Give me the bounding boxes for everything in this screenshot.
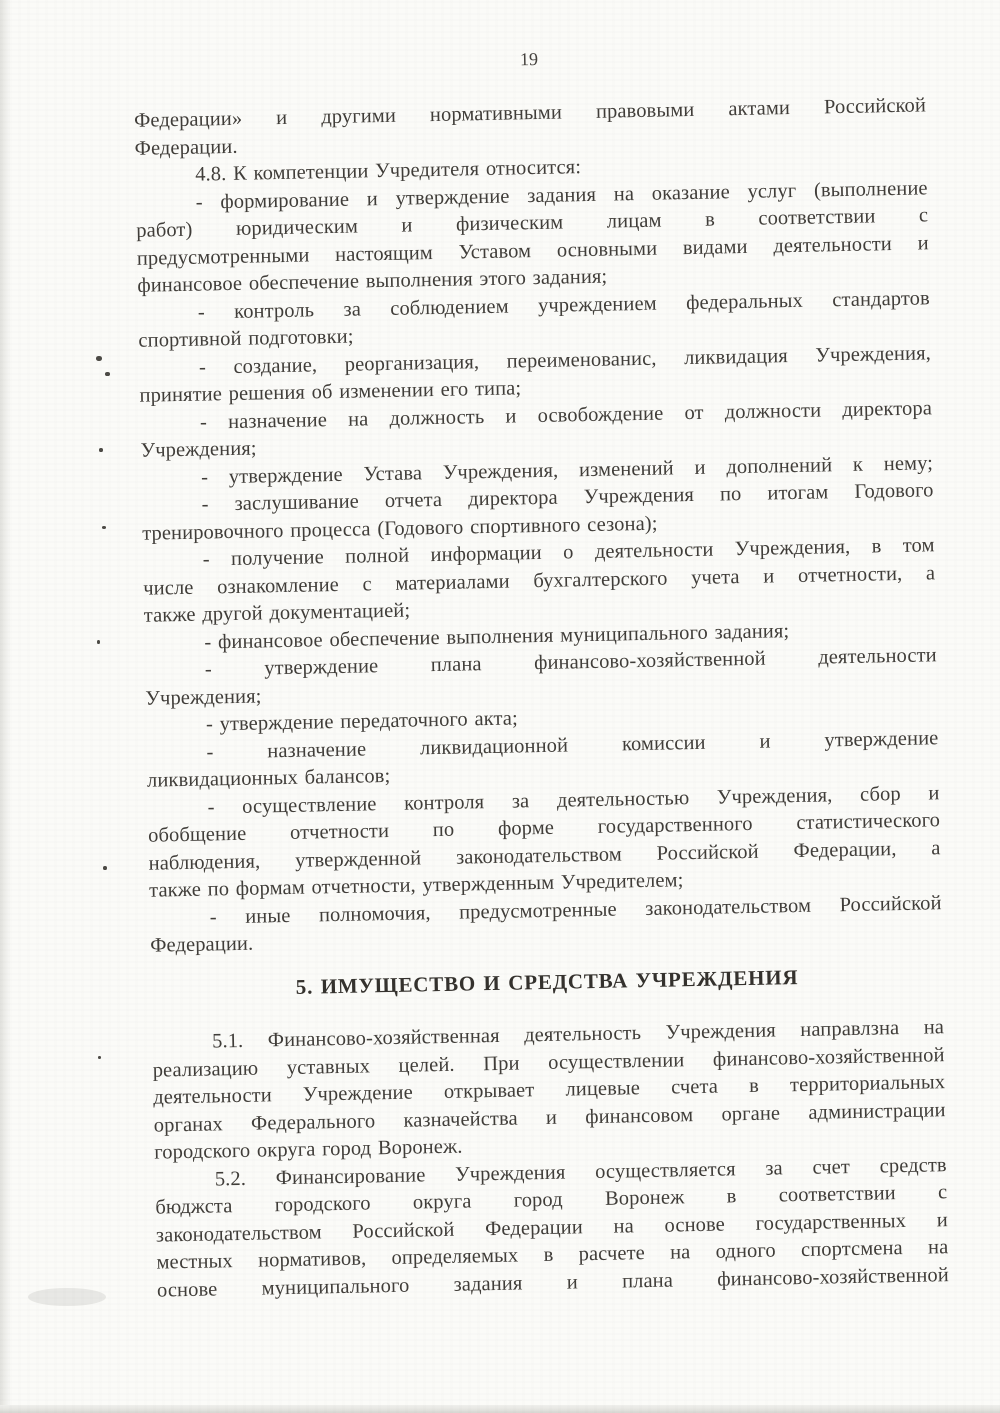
scan-speck: [99, 448, 103, 452]
scan-speck: [103, 866, 107, 870]
section-heading: 5. ИМУЩЕСТВО И СРЕДСТВА УЧРЕЖДЕНИЯ: [151, 961, 943, 1004]
page-number: 19: [133, 40, 925, 77]
scan-edge-shadow-bottom: [0, 1405, 1000, 1413]
text-lines: Федерации» и другими нормативными правов…: [134, 92, 949, 1304]
scan-speck: [98, 1056, 101, 1059]
scan-edge-shadow-left: [0, 0, 10, 1413]
scan-speck: [97, 640, 100, 644]
scan-smudge: [28, 1288, 106, 1306]
document-text-block: 19 Федерации» и другими нормативными пра…: [133, 40, 949, 1304]
scanned-document-page: 19 Федерации» и другими нормативными пра…: [0, 0, 1000, 1413]
scan-speck: [105, 372, 110, 376]
scan-speck: [102, 526, 106, 529]
scan-speck: [96, 356, 102, 361]
